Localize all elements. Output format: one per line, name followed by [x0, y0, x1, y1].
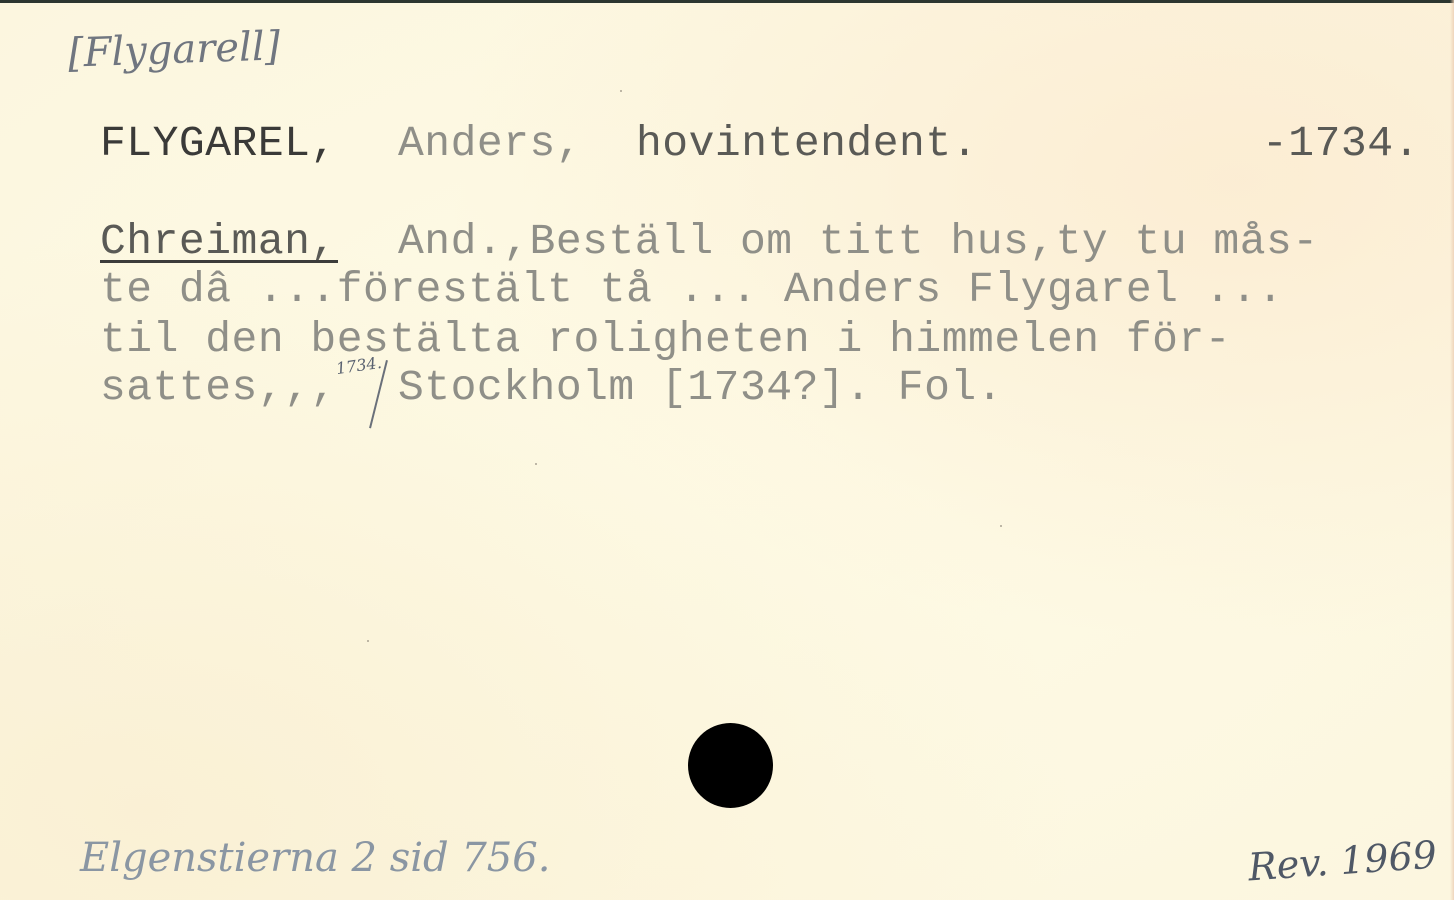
- heading-dates: -1734.: [1262, 122, 1420, 165]
- body-line-4: sattes,,,: [100, 366, 337, 409]
- handwritten-revision: Rev. 1969: [1247, 835, 1438, 886]
- handwritten-heading: [Flygarell]: [67, 26, 280, 73]
- body-imprint: Stockholm [1734?]. Fol.: [398, 366, 1003, 409]
- body-line-1: And.,Beställ om titt hus,ty tu mås-: [398, 220, 1319, 263]
- paper-speck: [535, 463, 537, 465]
- heading-title: hovintendent.: [636, 122, 978, 165]
- paper-speck: [1000, 525, 1002, 527]
- punch-hole: [688, 723, 773, 808]
- handwritten-year-note: 1734.: [335, 355, 383, 377]
- heading-surname: FLYGAREL,: [100, 122, 337, 165]
- paper-speck: [367, 640, 369, 642]
- card-right-edge: [1450, 0, 1454, 900]
- author-underline: [100, 260, 338, 263]
- paper-speck: [620, 90, 622, 92]
- card-top-edge: [0, 0, 1454, 3]
- catalog-card: [Flygarell] FLYGAREL, Anders, hovintende…: [0, 0, 1454, 900]
- handwritten-reference: Elgenstierna 2 sid 756.: [80, 838, 550, 878]
- body-author: Chreiman,: [100, 220, 337, 263]
- body-line-2: te dâ ...förestält tå ... Anders Flygare…: [100, 268, 1284, 311]
- body-line-3: til den bestälta roligheten i himmelen f…: [100, 318, 1231, 361]
- heading-given-name: Anders,: [398, 122, 582, 165]
